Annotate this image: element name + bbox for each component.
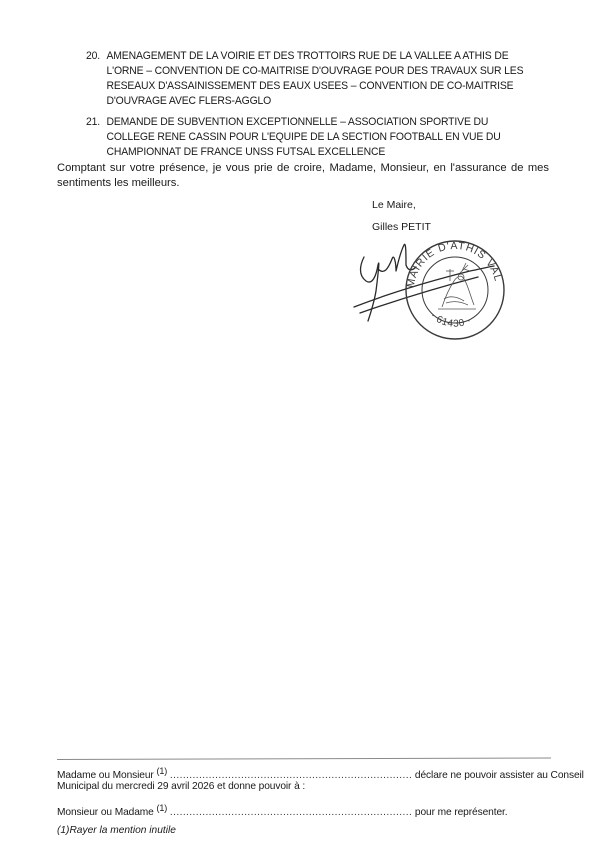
agenda-item-20: 20. AMENAGEMENT DE LA VOIRIE ET DES TROT… [86,49,523,109]
municipal-stamp-icon: MAIRIE D'ATHIS VAL DE ROUVRE · 61430 · [350,235,505,339]
closing-line-2: sentiments les meilleurs. [57,177,179,189]
proxy-text: déclare ne pouvoir assister au Conseil [415,770,584,781]
closing-paragraph: Comptant sur votre présence, je vous pri… [57,161,549,191]
agenda-line: AMENAGEMENT DE LA VOIRIE ET DES TROTTOIR… [106,49,552,64]
agenda-item-21: 21. DEMANDE DE SUBVENTION EXCEPTIONNELLE… [86,115,523,160]
proxy-label: Monsieur ou Madame [57,807,154,818]
footnote-ref: (1) [156,766,167,776]
proxy-line-2: Municipal du mercredi 29 avril 2026 et d… [57,780,305,793]
agenda-line: COLLEGE RENE CASSIN POUR L'EQUIPE DE LA … [106,130,552,145]
signatory-title: Le Maire, [372,199,416,211]
agenda-item-number: 21. [86,115,100,130]
closing-line-1: Comptant sur votre présence, je vous pri… [57,161,549,176]
agenda-item-number: 20. [86,49,100,64]
document-page: 20. AMENAGEMENT DE LA VOIRIE ET DES TROT… [0,0,592,854]
agenda-line: L'ORNE – CONVENTION DE CO-MAITRISE D'OUV… [106,64,552,79]
signatory-name: Gilles PETIT [372,221,431,233]
representative-blank-field[interactable]: ........................................… [170,806,412,819]
footnote-ref: (1) [156,803,167,813]
agenda-item-text: DEMANDE DE SUBVENTION EXCEPTIONNELLE – A… [106,115,552,160]
proxy-line-3: Monsieur ou Madame (1) .................… [57,802,508,819]
section-divider [57,757,551,760]
agenda-line: D'OUVRAGE AVEC FLERS-AGGLO [106,94,552,109]
svg-text:· 61430 ·: · 61430 · [428,310,474,329]
proxy-text: pour me représenter. [415,807,508,818]
agenda-item-text: AMENAGEMENT DE LA VOIRIE ET DES TROTTOIR… [106,49,552,109]
signature-and-stamp: MAIRIE D'ATHIS VAL DE ROUVRE · 61430 · [350,235,530,350]
agenda-line: CHAMPIONNAT DE FRANCE UNSS FUTSAL EXCELL… [106,145,552,160]
agenda-line: RESEAUX D'ASSAINISSEMENT DES EAUX USEES … [106,79,552,94]
agenda-line: DEMANDE DE SUBVENTION EXCEPTIONNELLE – A… [106,115,552,130]
footnote: (1)Rayer la mention inutile [57,825,176,836]
